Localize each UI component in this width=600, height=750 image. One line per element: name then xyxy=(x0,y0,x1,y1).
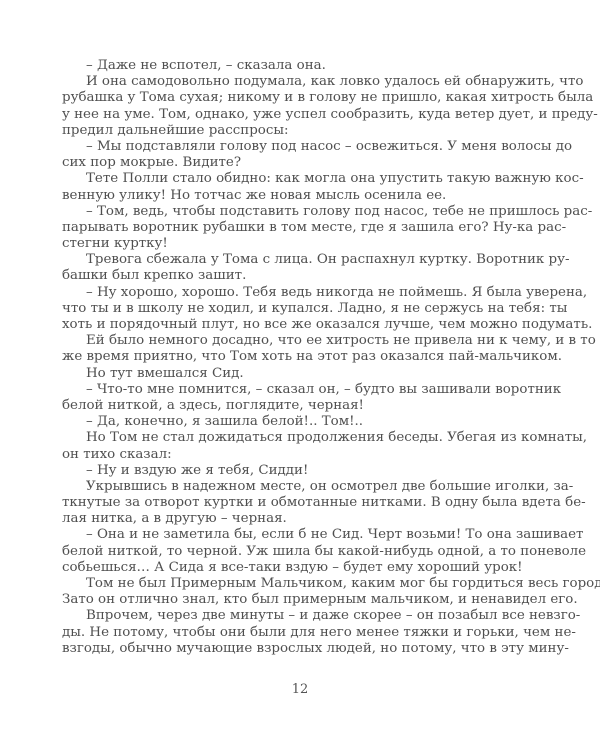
page-text: – Даже не вспотел, – сказала она.И она с… xyxy=(62,58,560,657)
text-line: – Ну хорошо, хорошо. Тебя ведь никогда н… xyxy=(62,285,560,301)
text-line: Но Том не стал дожидаться продолжения бе… xyxy=(62,430,560,446)
text-line: – Она и не заметила бы, если б не Сид. Ч… xyxy=(62,527,560,543)
text-line: – Что-то мне помнится, – сказал он, – бу… xyxy=(62,382,560,398)
text-line: рубашка у Тома сухая; никому и в голову … xyxy=(62,90,560,106)
text-line: он тихо сказал: xyxy=(62,447,560,463)
text-line: взгоды, обычно мучающие взрослых людей, … xyxy=(62,641,560,657)
text-line: Впрочем, через две минуты – и даже скоре… xyxy=(62,608,560,624)
text-line: сих пор мокрые. Видите? xyxy=(62,155,560,171)
text-line: – Ну и вздую же я тебя, Сидди! xyxy=(62,463,560,479)
page-number: 12 xyxy=(0,682,600,697)
text-line: белой ниткой, то черной. Уж шила бы како… xyxy=(62,544,560,560)
text-line: ткнутые за отворот куртки и обмотанные н… xyxy=(62,495,560,511)
text-line: предил дальнейшие расспросы: xyxy=(62,123,560,139)
text-line: Тревога сбежала у Тома с лица. Он распах… xyxy=(62,252,560,268)
text-line: парывать воротник рубашки в том месте, г… xyxy=(62,220,560,236)
text-line: у нее на уме. Том, однако, уже успел соо… xyxy=(62,107,560,123)
text-line: Том не был Примерным Мальчиком, каким мо… xyxy=(62,576,560,592)
text-line: белой ниткой, а здесь, поглядите, черная… xyxy=(62,398,560,414)
text-line: стегни куртку! xyxy=(62,236,560,252)
text-line: ды. Не потому, чтобы они были для него м… xyxy=(62,625,560,641)
text-line: венную улику! Но тотчас же новая мысль о… xyxy=(62,188,560,204)
text-line: Укрывшись в надежном месте, он осмотрел … xyxy=(62,479,560,495)
text-line: И она самодовольно подумала, как ловко у… xyxy=(62,74,560,90)
text-line: Зато он отлично знал, кто был примерным … xyxy=(62,592,560,608)
text-line: – Даже не вспотел, – сказала она. xyxy=(62,58,560,74)
text-line: – Том, ведь, чтобы подставить голову под… xyxy=(62,204,560,220)
text-line: хоть и порядочный плут, но все же оказал… xyxy=(62,317,560,333)
text-line: Ей было немного досадно, что ее хитрость… xyxy=(62,333,560,349)
text-line: Но тут вмешался Сид. xyxy=(62,366,560,382)
text-line: башки был крепко зашит. xyxy=(62,268,560,284)
text-line: лая нитка, а в другую – черная. xyxy=(62,511,560,527)
text-line: Тете Полли стало обидно: как могла она у… xyxy=(62,171,560,187)
text-line: собьешься… А Сида я все-таки вздую – буд… xyxy=(62,560,560,576)
text-line: – Мы подставляли голову под насос – осве… xyxy=(62,139,560,155)
text-line: же время приятно, что Том хоть на этот р… xyxy=(62,349,560,365)
text-line: – Да, конечно, я зашила белой!.. Том!.. xyxy=(62,414,560,430)
text-line: что ты и в школу не ходил, и купался. Ла… xyxy=(62,301,560,317)
